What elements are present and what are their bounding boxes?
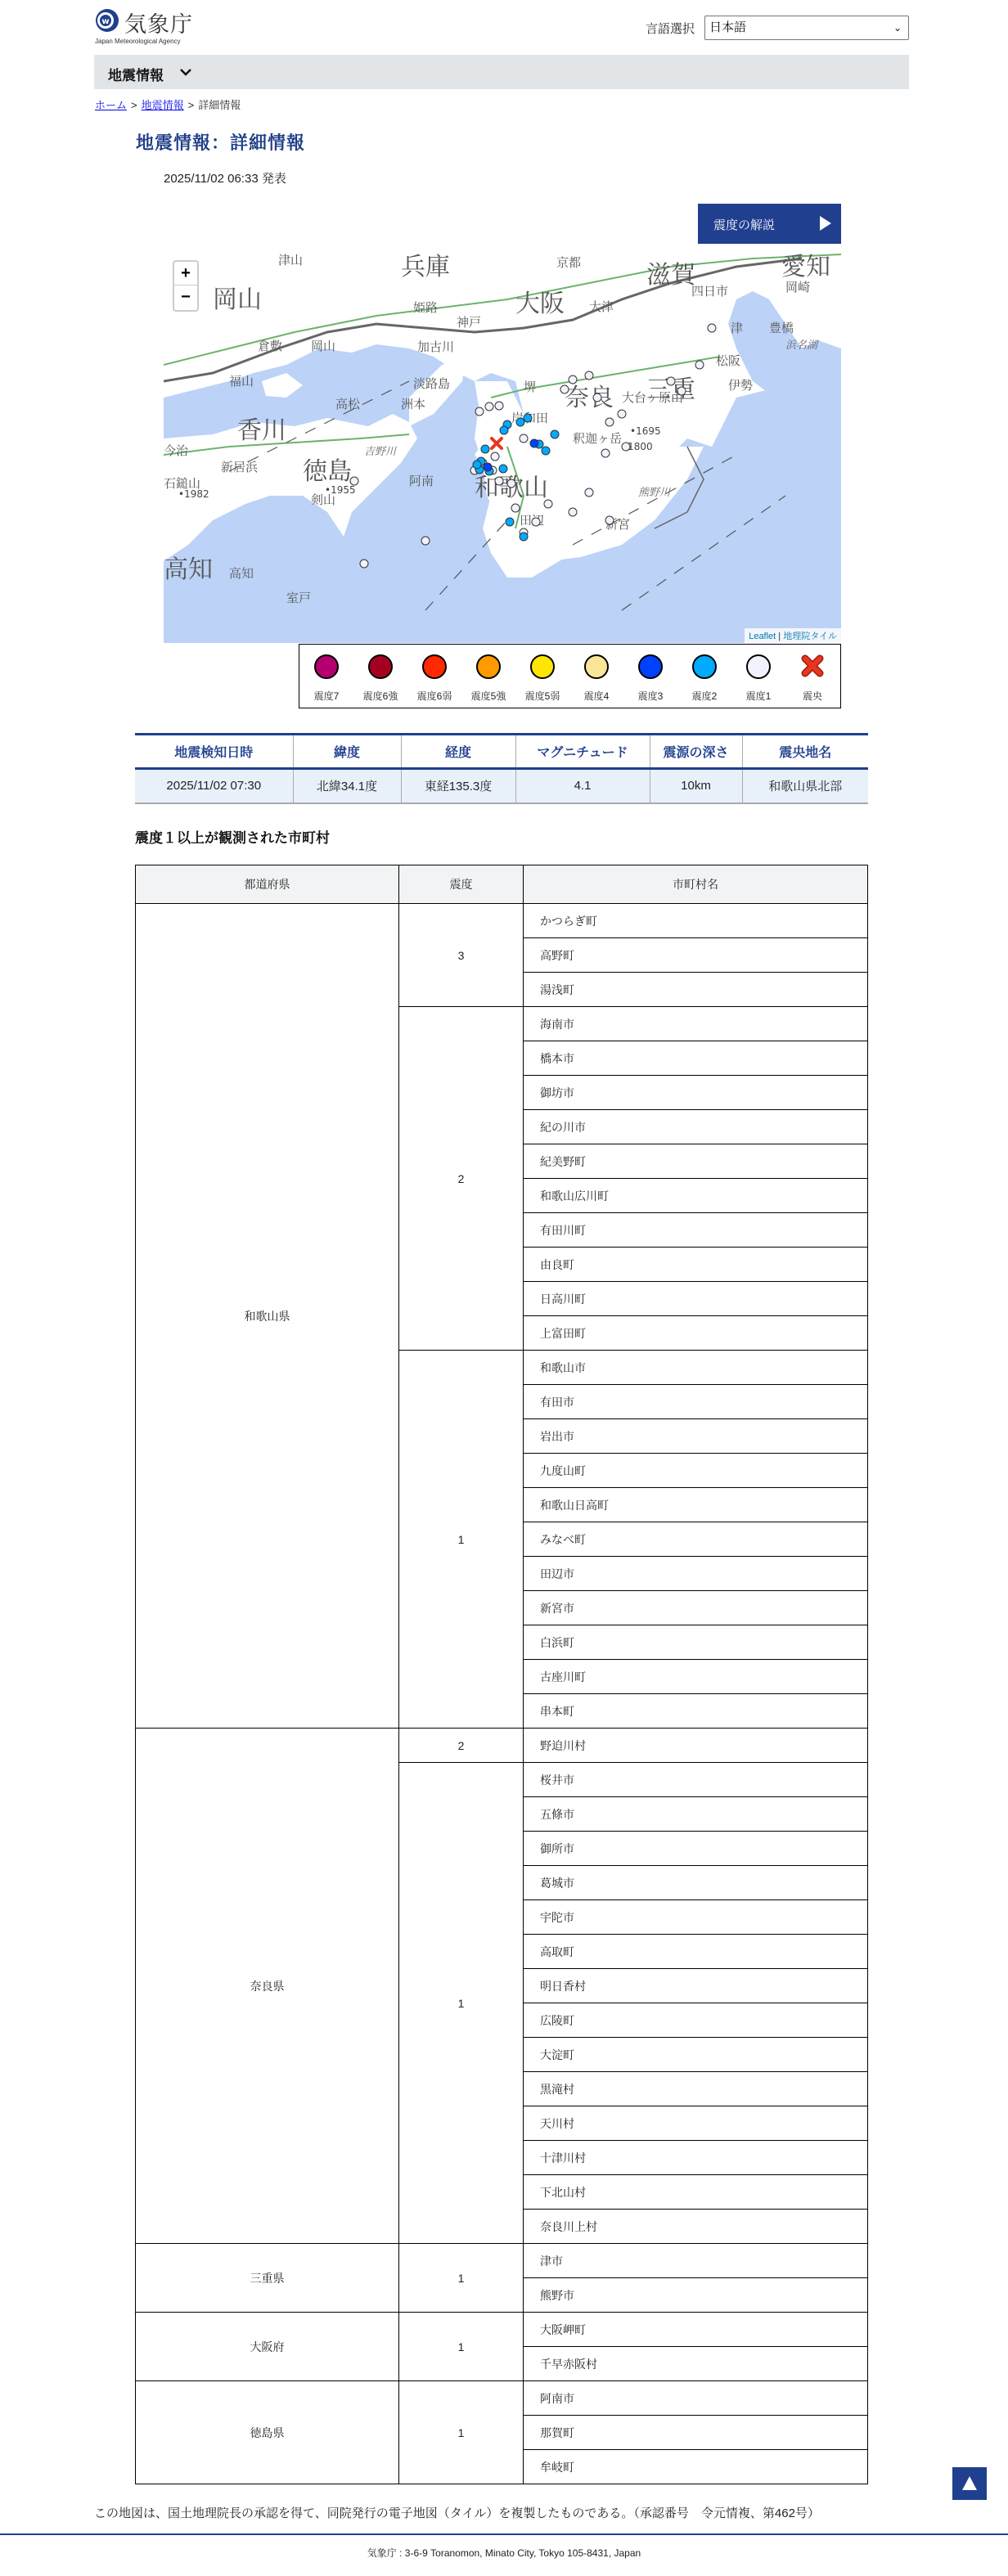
intensity-1-circle-icon bbox=[746, 654, 771, 679]
municipality-cell: 天川村 bbox=[524, 2106, 868, 2141]
intensity-by-municipality-table: 都道府県 震度 市町村名 和歌山県 3 かつらぎ町 高野町 湯浅町 2 海南市 … bbox=[135, 865, 868, 2484]
intensity-5-lower-circle-icon bbox=[530, 654, 555, 679]
breadcrumb-separator: > bbox=[188, 99, 195, 111]
prefecture-cell: 奈良県 bbox=[136, 1729, 399, 2244]
legend-label: 震度7 bbox=[299, 689, 353, 703]
svg-text:浜名湖: 浜名湖 bbox=[785, 339, 819, 352]
table-row: 三重県 1 津市 bbox=[136, 2244, 868, 2278]
svg-text:岡山: 岡山 bbox=[213, 285, 262, 314]
jma-logo-icon: w bbox=[95, 8, 119, 33]
svg-text:姫路: 姫路 bbox=[413, 300, 438, 315]
legend-label: 震度6弱 bbox=[407, 689, 461, 703]
header-municipality: 市町村名 bbox=[524, 865, 868, 904]
table-row: 和歌山県 3 かつらぎ町 bbox=[136, 904, 868, 938]
intensity-cell: 3 bbox=[399, 904, 524, 1007]
municipality-cell: 野迫川村 bbox=[524, 1729, 868, 1763]
municipality-cell: 御所市 bbox=[524, 1832, 868, 1866]
municipality-cell: 湯浅町 bbox=[524, 973, 868, 1007]
map-zoom-control: + − bbox=[173, 260, 199, 312]
table-header-row: 都道府県 震度 市町村名 bbox=[136, 865, 868, 904]
intensity-5-upper-circle-icon bbox=[476, 654, 501, 679]
jma-logo[interactable]: w 気象庁 Japan Meteorological Agency bbox=[95, 7, 201, 44]
svg-text:釈迦ヶ岳: 釈迦ヶ岳 bbox=[573, 431, 622, 446]
legend-item-shindo-4: 震度4 bbox=[569, 645, 623, 708]
summary-header-row: 地震検知日時 緯度 経度 マグニチュード 震源の深さ 震央地名 bbox=[135, 735, 868, 769]
epicenter-x-icon bbox=[800, 654, 825, 678]
map-attribution: Leaflet | 地理院タイル bbox=[745, 628, 841, 643]
svg-text:倉敷: 倉敷 bbox=[258, 339, 282, 353]
intensity-cell: 2 bbox=[399, 1007, 524, 1351]
legend-item-shindo-1: 震度1 bbox=[731, 645, 785, 708]
breadcrumb-home[interactable]: ホーム bbox=[95, 99, 127, 111]
municipality-cell: 串本町 bbox=[524, 1694, 868, 1729]
municipality-cell: 日高川町 bbox=[524, 1282, 868, 1316]
municipality-cell: 御坊市 bbox=[524, 1076, 868, 1110]
legend-item-shindo-2: 震度2 bbox=[677, 645, 731, 708]
municipality-cell: 海南市 bbox=[524, 1007, 868, 1041]
attribution-separator: | bbox=[776, 632, 783, 641]
municipality-cell: かつらぎ町 bbox=[524, 904, 868, 938]
chevron-down-icon: ⌄ bbox=[893, 16, 902, 39]
legend-item-epicenter: 震央 bbox=[785, 645, 839, 708]
prefecture-cell: 和歌山県 bbox=[136, 904, 399, 1729]
zoom-in-button[interactable]: + bbox=[174, 262, 197, 285]
svg-text:岡山: 岡山 bbox=[311, 339, 335, 353]
intensity-map[interactable]: 岡山 兵庫 大阪 滋賀 愛知 香川 徳島 和歌山 奈良 三重 高知 津山 姫路 … bbox=[164, 250, 841, 643]
language-label: 言語選択 bbox=[646, 20, 695, 37]
municipality-cell: 和歌山広川町 bbox=[524, 1179, 868, 1213]
municipality-cell: 牟岐町 bbox=[524, 2450, 868, 2484]
intensity-4-circle-icon bbox=[584, 654, 609, 679]
svg-text:徳島: 徳島 bbox=[303, 457, 352, 486]
municipality-cell: 桜井市 bbox=[524, 1763, 868, 1797]
municipality-cell: 十津川村 bbox=[524, 2141, 868, 2175]
header-intensity: 震度 bbox=[399, 865, 524, 904]
svg-text:吉野川: 吉野川 bbox=[364, 446, 398, 458]
summary-value-row: 2025/11/02 07:30 北緯34.1度 東経135.3度 4.1 10… bbox=[135, 769, 868, 803]
intensity-2-circle-icon bbox=[692, 654, 717, 679]
svg-text:阿南: 阿南 bbox=[409, 474, 434, 488]
svg-text:津山: 津山 bbox=[278, 253, 303, 267]
epicenter-name-value: 和歌山県北部 bbox=[742, 769, 868, 803]
language-selected-value: 日本語 bbox=[709, 20, 746, 34]
svg-text:•1982: •1982 bbox=[178, 488, 209, 500]
gsi-tiles-link[interactable]: 地理院タイル bbox=[783, 632, 837, 641]
municipality-cell: 宇陀市 bbox=[524, 1900, 868, 1935]
municipality-cell: 九度山町 bbox=[524, 1454, 868, 1488]
header-latitude: 緯度 bbox=[293, 735, 401, 769]
intensity-cell: 1 bbox=[399, 2313, 524, 2381]
svg-text:豊橋: 豊橋 bbox=[769, 321, 794, 335]
magnitude-value: 4.1 bbox=[515, 769, 650, 803]
detection-time-value: 2025/11/02 07:30 bbox=[135, 769, 293, 803]
legend-item-shindo-6-upper: 震度6強 bbox=[353, 645, 407, 708]
prefecture-cell: 三重県 bbox=[136, 2244, 399, 2313]
municipality-cell: 紀美野町 bbox=[524, 1144, 868, 1179]
published-time: 2025/11/02 06:33 発表 bbox=[164, 169, 286, 187]
header-depth: 震源の深さ bbox=[650, 735, 742, 769]
municipality-cell: 熊野市 bbox=[524, 2278, 868, 2313]
intensity-cell: 1 bbox=[399, 1351, 524, 1729]
svg-text:淡路島: 淡路島 bbox=[413, 376, 450, 391]
svg-text:津: 津 bbox=[731, 321, 743, 335]
header-magnitude: マグニチュード bbox=[515, 735, 650, 769]
chevron-down-icon[interactable] bbox=[178, 65, 193, 79]
svg-text:大阪: 大阪 bbox=[515, 290, 565, 318]
footer-divider bbox=[0, 2533, 1008, 2535]
breadcrumb-current: 詳細情報 bbox=[198, 99, 241, 111]
municipality-cell: 明日香村 bbox=[524, 1969, 868, 2003]
depth-value: 10km bbox=[650, 769, 742, 803]
svg-text:熊野川: 熊野川 bbox=[638, 486, 672, 499]
svg-text:松阪: 松阪 bbox=[716, 353, 740, 368]
municipality-cell: 有田市 bbox=[524, 1385, 868, 1419]
municipality-cell: 那賀町 bbox=[524, 2416, 868, 2450]
leaflet-link[interactable]: Leaflet bbox=[749, 632, 776, 641]
breadcrumb-earthquake-info[interactable]: 地震情報 bbox=[142, 99, 184, 111]
map-tiles: 岡山 兵庫 大阪 滋賀 愛知 香川 徳島 和歌山 奈良 三重 高知 津山 姫路 … bbox=[164, 250, 841, 643]
svg-text:室戸: 室戸 bbox=[286, 591, 311, 605]
breadcrumb-separator: > bbox=[131, 99, 137, 111]
municipality-cell: 橋本市 bbox=[524, 1041, 868, 1076]
municipality-cell: 上富田町 bbox=[524, 1316, 868, 1351]
footer-address: 気象庁 : 3-6-9 Toranomon, Minato City, Toky… bbox=[0, 2546, 1008, 2560]
longitude-value: 東経135.3度 bbox=[401, 769, 515, 803]
latitude-value: 北緯34.1度 bbox=[293, 769, 401, 803]
svg-text:大台ヶ原山: 大台ヶ原山 bbox=[622, 390, 683, 405]
municipality-cell: 津市 bbox=[524, 2244, 868, 2278]
legend-item-shindo-6-lower: 震度6弱 bbox=[407, 645, 461, 708]
municipality-cell: 五條市 bbox=[524, 1797, 868, 1832]
municipality-cell: 広陵町 bbox=[524, 2003, 868, 2038]
svg-text:神戸: 神戸 bbox=[457, 315, 481, 330]
intensity-cell: 1 bbox=[399, 1763, 524, 2244]
svg-text:香川: 香川 bbox=[237, 416, 286, 445]
svg-text:高知: 高知 bbox=[164, 555, 213, 584]
svg-text:高松: 高松 bbox=[335, 397, 361, 411]
legend-label: 震度5弱 bbox=[515, 689, 569, 703]
municipality-cell: 黒滝村 bbox=[524, 2072, 868, 2106]
legend-item-shindo-3: 震度3 bbox=[623, 645, 677, 708]
header-longitude: 経度 bbox=[401, 735, 515, 769]
intensity-cell: 1 bbox=[399, 2244, 524, 2313]
intensity-6-lower-circle-icon bbox=[422, 654, 447, 679]
intensity-7-circle-icon bbox=[314, 654, 339, 679]
municipality-cell: 千早赤阪村 bbox=[524, 2347, 868, 2381]
header-detection-time: 地震検知日時 bbox=[135, 735, 293, 769]
intensity-explanation-button[interactable]: 震度の解説 bbox=[698, 204, 841, 244]
logo-text: 気象庁 bbox=[124, 7, 193, 38]
prefecture-cell: 大阪府 bbox=[136, 2313, 399, 2381]
municipality-cell: みなべ町 bbox=[524, 1522, 868, 1557]
municipality-cell: 古座川町 bbox=[524, 1660, 868, 1694]
legend-item-shindo-5-lower: 震度5弱 bbox=[515, 645, 569, 708]
explanation-button-label: 震度の解説 bbox=[713, 216, 775, 233]
zoom-out-button[interactable]: − bbox=[174, 285, 197, 309]
earthquake-summary-table: 地震検知日時 緯度 経度 マグニチュード 震源の深さ 震央地名 2025/11/… bbox=[135, 733, 868, 804]
intensity-section-title: 震度１以上が観測された市町村 bbox=[135, 826, 330, 847]
municipality-cell: 岩出市 bbox=[524, 1419, 868, 1454]
logo-subtitle: Japan Meteorological Agency bbox=[95, 38, 181, 45]
legend-label: 震度3 bbox=[623, 689, 677, 703]
svg-text:福山: 福山 bbox=[229, 374, 254, 389]
header-prefecture: 都道府県 bbox=[136, 865, 399, 904]
intensity-cell: 1 bbox=[399, 2381, 524, 2484]
intensity-cell: 2 bbox=[399, 1729, 524, 1763]
legend-label: 震度5強 bbox=[461, 689, 515, 703]
play-arrow-icon bbox=[820, 216, 831, 231]
municipality-cell: 有田川町 bbox=[524, 1213, 868, 1248]
svg-text:愛知: 愛知 bbox=[781, 253, 830, 281]
municipality-cell: 大淀町 bbox=[524, 2038, 868, 2072]
svg-text:奈良: 奈良 bbox=[565, 384, 614, 412]
svg-text:岡崎: 岡崎 bbox=[785, 280, 810, 294]
svg-text:新居浜: 新居浜 bbox=[221, 460, 259, 474]
svg-text:加古川: 加古川 bbox=[417, 339, 454, 354]
svg-text:四日市: 四日市 bbox=[691, 284, 728, 299]
svg-text:洲本: 洲本 bbox=[401, 397, 425, 411]
municipality-cell: 高野町 bbox=[524, 938, 868, 973]
table-row: 大阪府 1 大阪岬町 bbox=[136, 2313, 868, 2347]
municipality-cell: 和歌山日高町 bbox=[524, 1488, 868, 1522]
breadcrumb: ホーム>地震情報>詳細情報 bbox=[95, 97, 241, 112]
svg-text:伊勢: 伊勢 bbox=[728, 378, 753, 393]
svg-text:•1955: •1955 bbox=[325, 484, 356, 496]
svg-text:兵庫: 兵庫 bbox=[401, 253, 450, 281]
map-copyright-note: この地図は、国土地理院長の承認を得て、同院発行の電子地図（タイル）を複製したもの… bbox=[94, 2504, 820, 2521]
municipality-cell: 由良町 bbox=[524, 1248, 868, 1282]
svg-text:w: w bbox=[101, 17, 109, 26]
table-row: 奈良県 2 野迫川村 bbox=[136, 1729, 868, 1763]
municipality-cell: 和歌山市 bbox=[524, 1351, 868, 1385]
intensity-3-circle-icon bbox=[638, 654, 663, 679]
legend-label: 震度2 bbox=[677, 689, 731, 703]
nav-menu-earthquake-info[interactable]: 地震情報 bbox=[108, 64, 164, 84]
svg-text:高知: 高知 bbox=[229, 566, 254, 581]
svg-text:大津: 大津 bbox=[589, 299, 614, 314]
svg-text:•1695: •1695 bbox=[630, 425, 661, 437]
intensity-6-upper-circle-icon bbox=[368, 654, 393, 679]
municipality-cell: 紀の川市 bbox=[524, 1110, 868, 1144]
municipality-cell: 高取町 bbox=[524, 1935, 868, 1969]
municipality-cell: 下北山村 bbox=[524, 2175, 868, 2210]
svg-text:今治: 今治 bbox=[164, 443, 189, 458]
municipality-cell: 阿南市 bbox=[524, 2381, 868, 2416]
prefecture-cell: 徳島県 bbox=[136, 2381, 399, 2484]
svg-text:堺: 堺 bbox=[524, 380, 536, 394]
municipality-cell: 田辺市 bbox=[524, 1557, 868, 1591]
global-nav: 地震情報 bbox=[94, 55, 909, 89]
municipality-cell: 新宮市 bbox=[524, 1591, 868, 1625]
municipality-cell: 葛城市 bbox=[524, 1866, 868, 1900]
legend-label: 震度1 bbox=[731, 689, 785, 703]
svg-text:滋賀: 滋賀 bbox=[646, 261, 697, 290]
table-row: 徳島県 1 阿南市 bbox=[136, 2381, 868, 2416]
legend-item-shindo-5-upper: 震度5強 bbox=[461, 645, 515, 708]
svg-text:京都: 京都 bbox=[556, 255, 581, 270]
header-epicenter-name: 震央地名 bbox=[742, 735, 868, 769]
page-title: 地震情報：詳細情報 bbox=[136, 129, 305, 155]
municipality-cell: 大阪岬町 bbox=[524, 2313, 868, 2347]
page-top-button[interactable] bbox=[952, 2467, 987, 2500]
legend-label: 震度4 bbox=[569, 689, 623, 703]
legend-item-shindo-7: 震度7 bbox=[299, 645, 353, 708]
intensity-legend: 震度7 震度6強 震度6弱 震度5強 震度5弱 震度4 震度3 震度2 震度1 … bbox=[299, 644, 841, 708]
legend-label: 震央 bbox=[785, 689, 839, 703]
legend-label: 震度6強 bbox=[353, 689, 407, 703]
municipality-cell: 白浜町 bbox=[524, 1625, 868, 1660]
language-select[interactable]: 日本語 ⌄ bbox=[704, 16, 909, 40]
municipality-cell: 奈良川上村 bbox=[524, 2210, 868, 2244]
